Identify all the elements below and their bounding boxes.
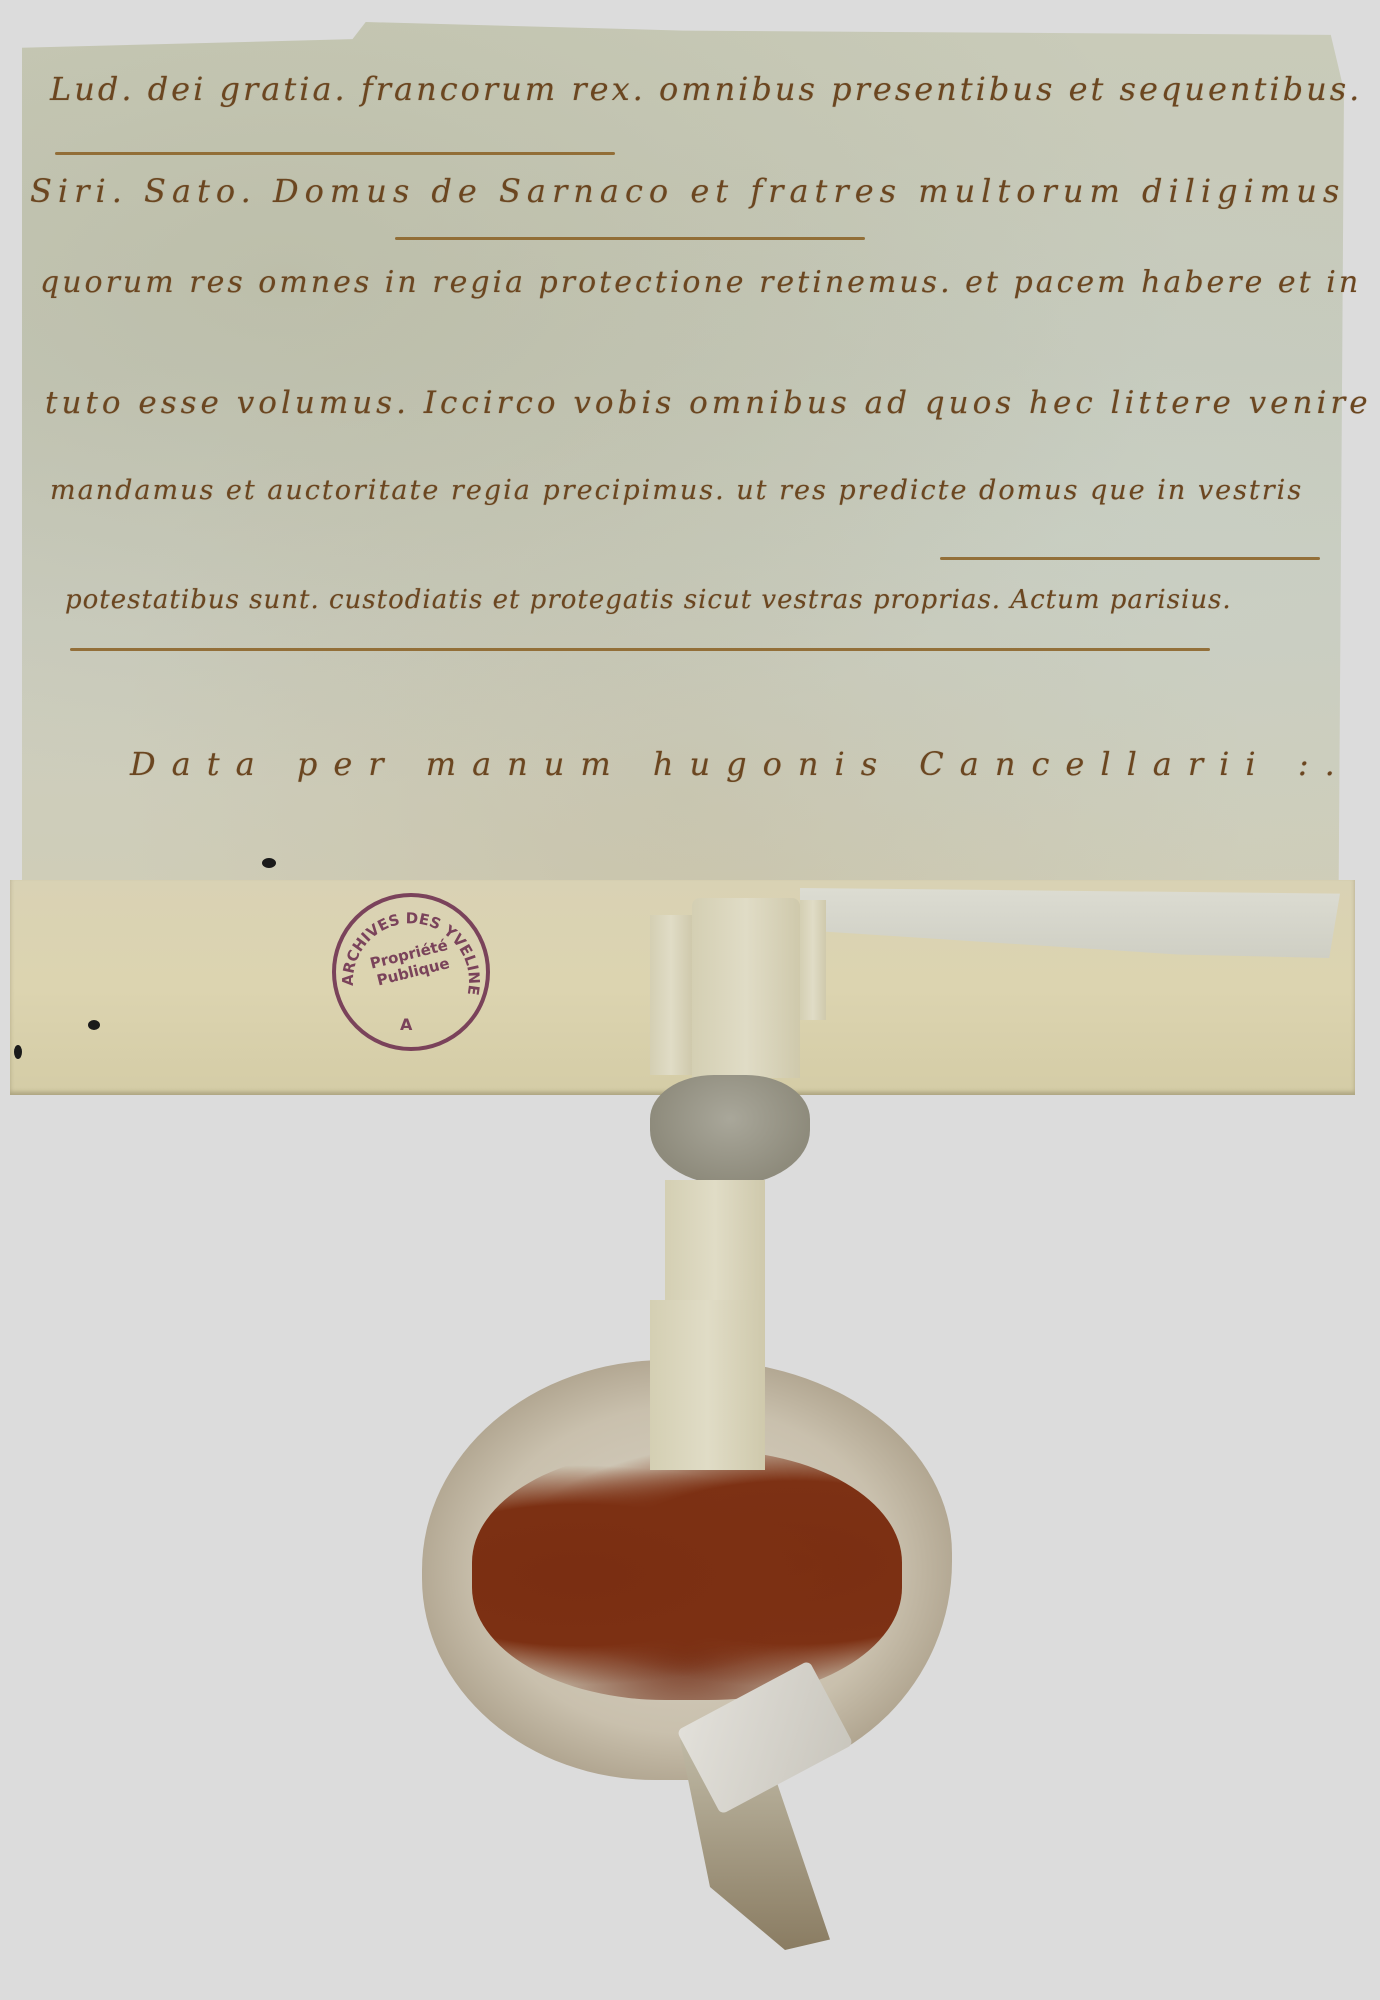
seal-strap-through xyxy=(650,1300,765,1470)
underline-rule xyxy=(395,237,865,240)
underline-rule xyxy=(940,557,1320,560)
charter-text-line: tuto esse volumus. Iccirco vobis omnibus… xyxy=(45,385,1372,421)
charter-text-line: Data per manum hugonis Cancellarii :. xyxy=(130,745,1351,783)
underline-rule xyxy=(55,152,615,155)
worm-hole xyxy=(262,858,276,868)
underline-rule xyxy=(70,648,1210,651)
seal-strap-upper xyxy=(692,898,800,1078)
charter-text-line: Siri. Sato. Domus de Sarnaco et fratres … xyxy=(30,172,1345,210)
worm-hole xyxy=(14,1045,22,1059)
archive-stamp: ARCHIVES DES YVELINES Propriété Publique… xyxy=(332,893,490,1051)
seal-knot xyxy=(650,1075,810,1185)
charter-text-line: Lud. dei gratia. francorum rex. omnibus … xyxy=(50,70,1362,108)
charter-text-line: potestatibus sunt. custodiatis et proteg… xyxy=(65,585,1232,615)
worm-hole xyxy=(88,1020,100,1030)
charter-text-line: mandamus et auctoritate regia precipimus… xyxy=(50,475,1303,506)
seal-strap-side xyxy=(800,900,826,1020)
seal-wax-impression xyxy=(472,1450,902,1700)
stamp-bottom-mark: A xyxy=(400,1015,412,1034)
seal-strap-side xyxy=(650,915,692,1075)
charter-text-line: quorum res omnes in regia protectione re… xyxy=(40,265,1361,300)
